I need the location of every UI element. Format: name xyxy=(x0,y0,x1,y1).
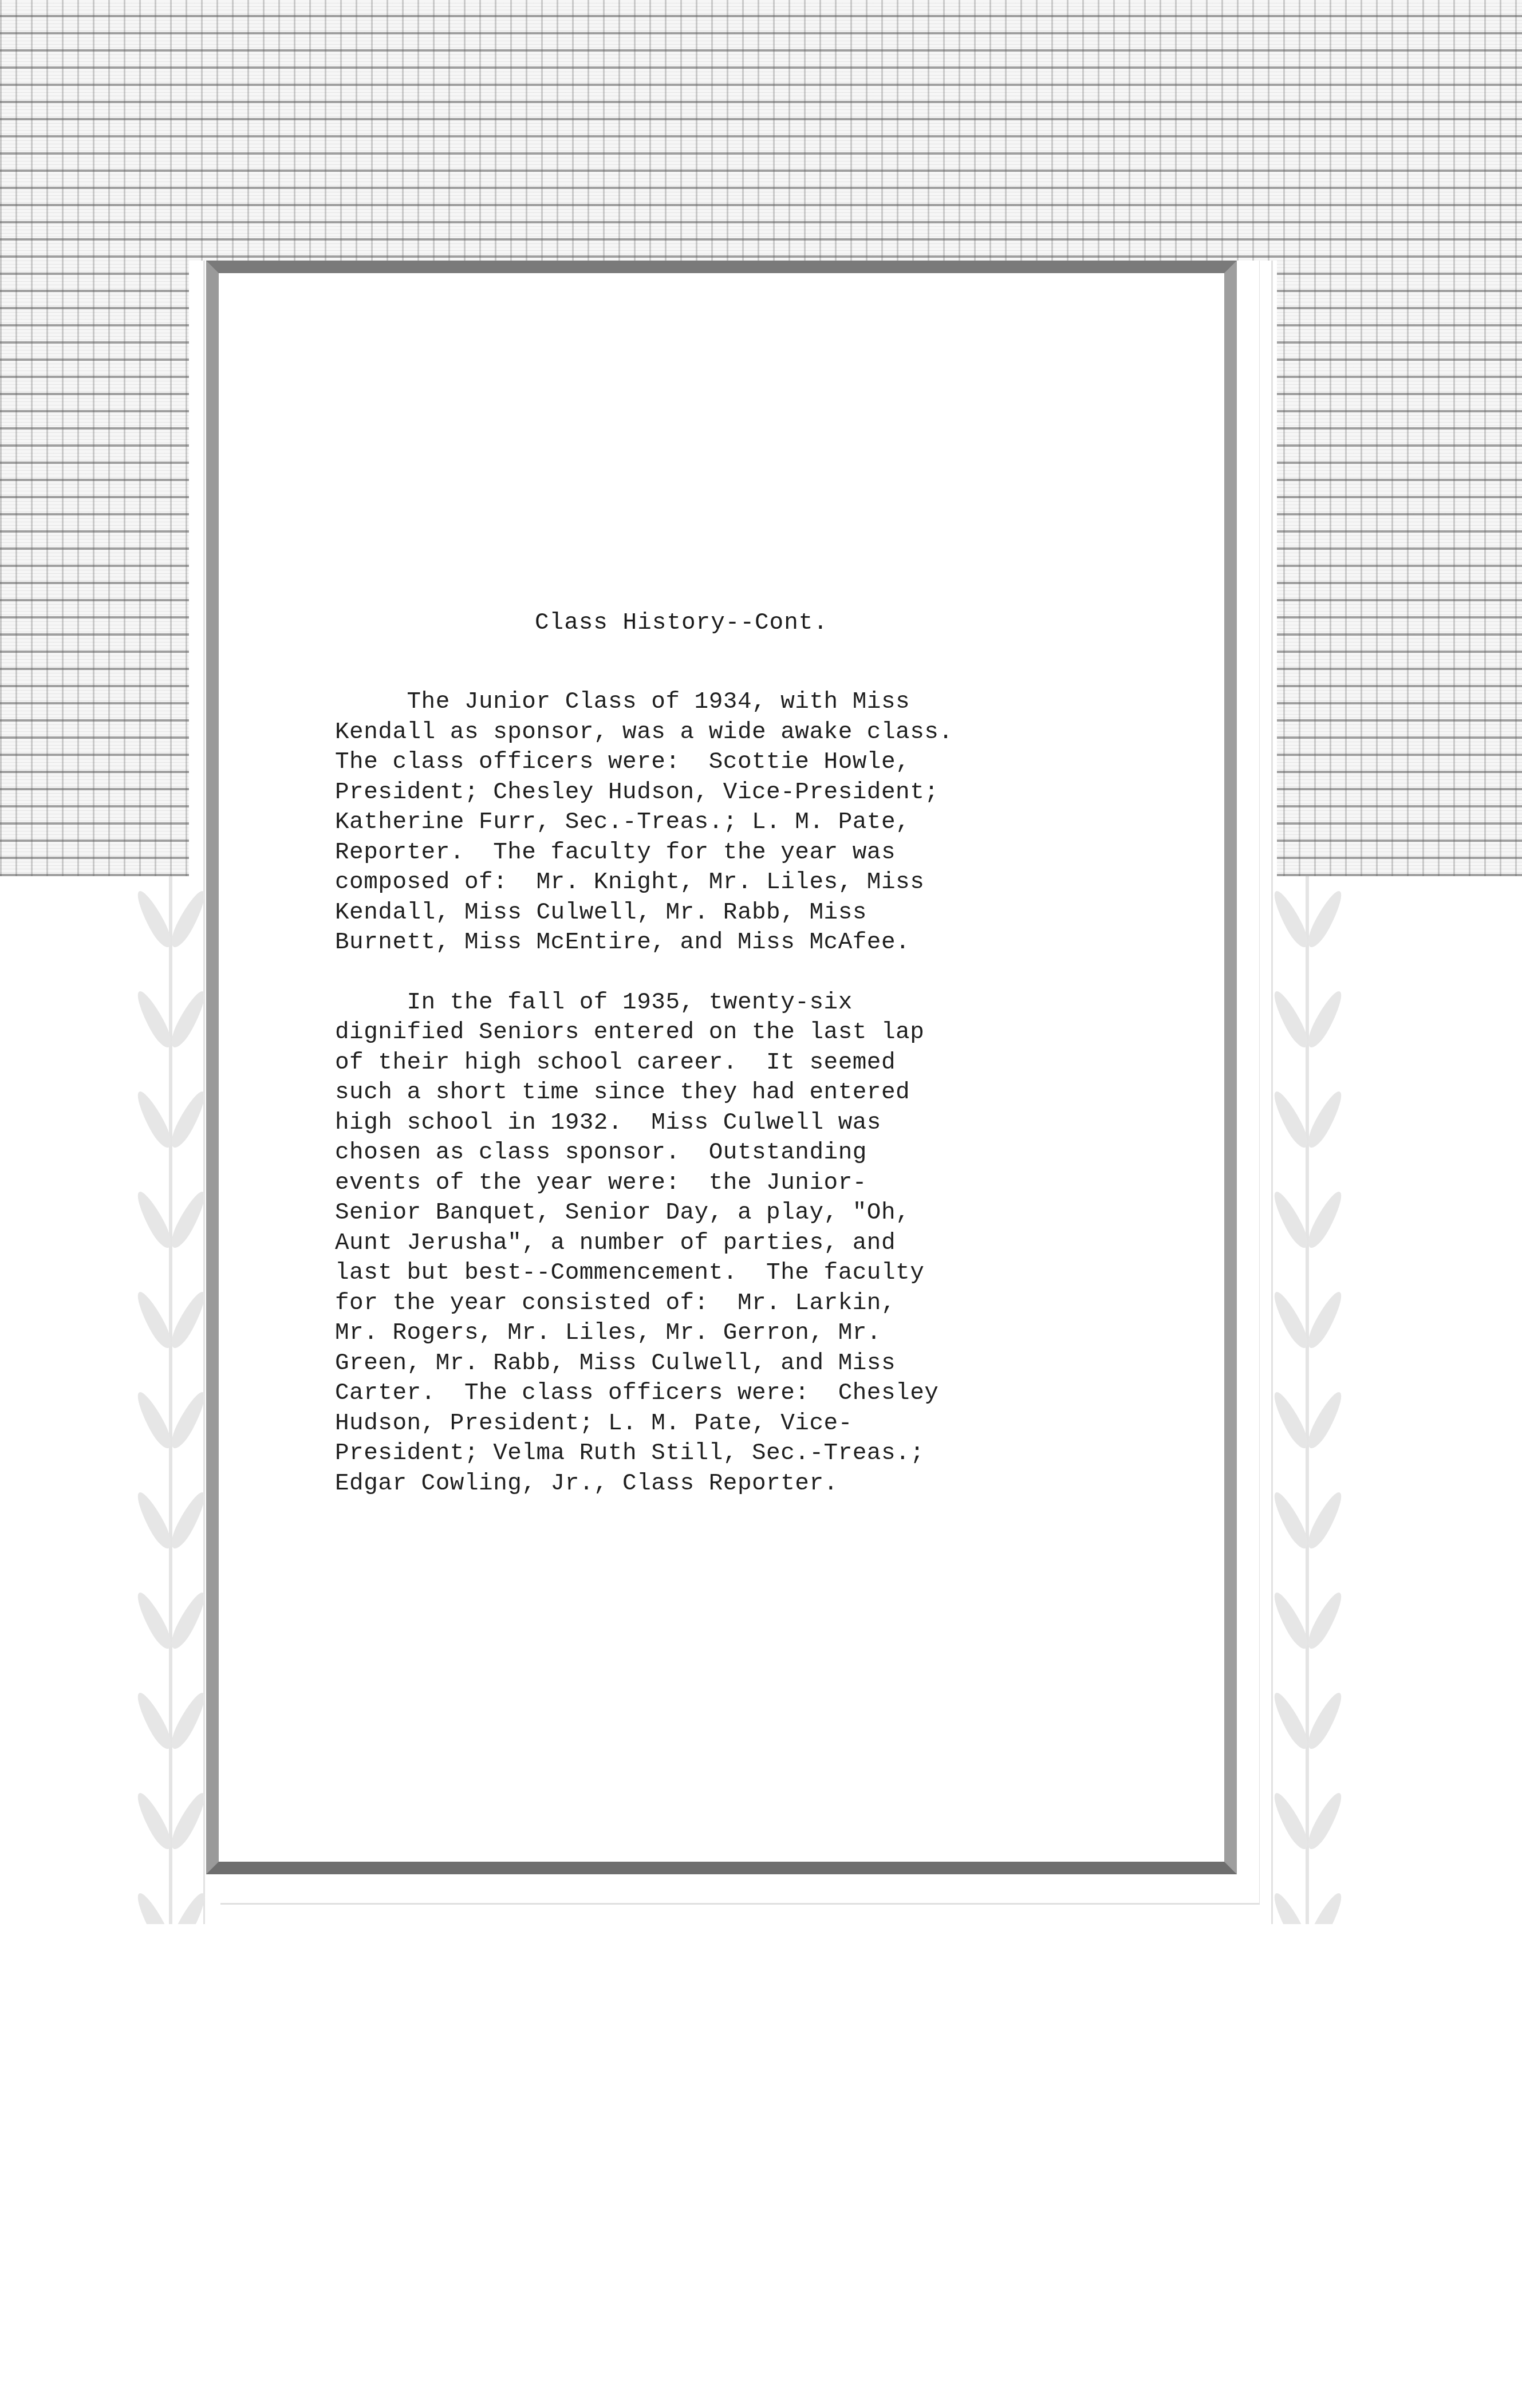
paragraph: In the fall of 1935, twenty-sixdignified… xyxy=(335,988,1079,1499)
text-line: Green, Mr. Rabb, Miss Culwell, and Miss xyxy=(335,1349,1079,1379)
text-line: In the fall of 1935, twenty-six xyxy=(335,988,1079,1018)
page-title: Class History--Cont. xyxy=(0,610,1363,636)
text-line: high school in 1932. Miss Culwell was xyxy=(335,1108,1079,1138)
leaf-shape xyxy=(1303,988,1347,1051)
text-line: composed of: Mr. Knight, Mr. Liles, Miss xyxy=(335,868,1079,898)
text-line: events of the year were: the Junior- xyxy=(335,1168,1079,1199)
text-line: Reporter. The faculty for the year was xyxy=(335,838,1079,868)
text-line: The class officers were: Scottie Howle, xyxy=(335,747,1079,778)
leaf-shape xyxy=(1303,1589,1347,1652)
text-line: for the year consisted of: Mr. Larkin, xyxy=(335,1288,1079,1319)
leaf-shape xyxy=(1303,1790,1347,1853)
text-line: Mr. Rogers, Mr. Liles, Mr. Gerron, Mr. xyxy=(335,1318,1079,1349)
paragraph: The Junior Class of 1934, with MissKenda… xyxy=(335,687,1079,958)
leaf-shape xyxy=(1303,1389,1347,1452)
text-line: of their high school career. It seemed xyxy=(335,1048,1079,1078)
leaf-shape xyxy=(1303,1088,1347,1151)
leaf-shape xyxy=(1303,888,1347,951)
text-line: Kendall as sponsor, was a wide awake cla… xyxy=(335,718,1079,748)
leaf-shape xyxy=(1303,1188,1347,1251)
class-history-text: The Junior Class of 1934, with MissKenda… xyxy=(335,687,1079,1499)
leaf-shape xyxy=(1303,1489,1347,1552)
text-line: Aunt Jerusha", a number of parties, and xyxy=(335,1228,1079,1259)
text-line: Burnett, Miss McEntire, and Miss McAfee. xyxy=(335,928,1079,958)
text-line: Kendall, Miss Culwell, Mr. Rabb, Miss xyxy=(335,898,1079,928)
text-line: Senior Banquet, Senior Day, a play, "Oh, xyxy=(335,1198,1079,1228)
text-line: Hudson, President; L. M. Pate, Vice- xyxy=(335,1409,1079,1439)
text-line: Edgar Cowling, Jr., Class Reporter. xyxy=(335,1469,1079,1499)
text-line: such a short time since they had entered xyxy=(335,1078,1079,1108)
leaf-shape xyxy=(1303,1288,1347,1351)
text-line: President; Velma Ruth Still, Sec.-Treas.… xyxy=(335,1439,1079,1469)
text-line: last but best--Commencement. The faculty xyxy=(335,1258,1079,1288)
margin-rule xyxy=(1271,241,1273,1924)
leaf-shape xyxy=(1303,1689,1347,1752)
text-line: dignified Seniors entered on the last la… xyxy=(335,1018,1079,1048)
leaf-shape xyxy=(1303,1890,1347,1924)
text-line: President; Chesley Hudson, Vice-Presiden… xyxy=(335,778,1079,808)
text-line: chosen as class sponsor. Outstanding xyxy=(335,1138,1079,1168)
text-line: Katherine Furr, Sec.-Treas.; L. M. Pate, xyxy=(335,807,1079,838)
text-line: The Junior Class of 1934, with Miss xyxy=(335,687,1079,718)
margin-rule xyxy=(203,241,205,1924)
text-line: Carter. The class officers were: Chesley xyxy=(335,1378,1079,1409)
